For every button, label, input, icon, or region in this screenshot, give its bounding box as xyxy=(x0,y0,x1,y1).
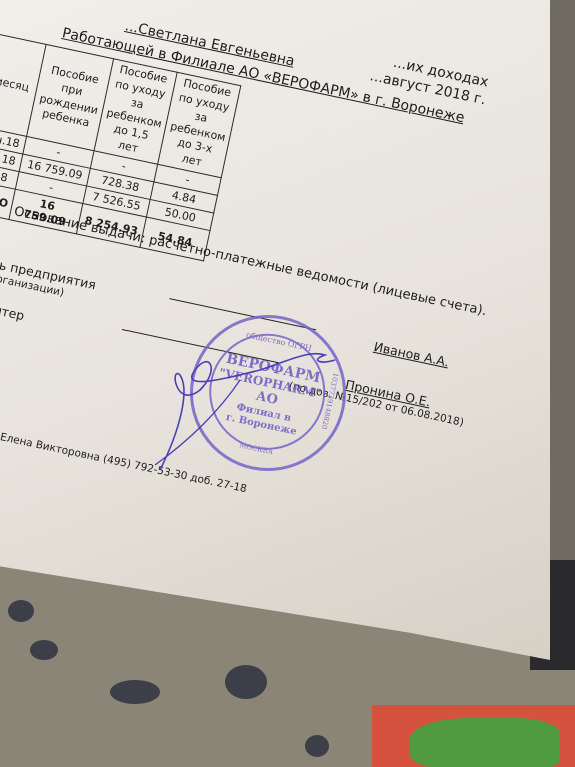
handwritten-signature xyxy=(150,330,350,480)
benefits-certificate: ...их доходах ...август 2018 г. ...Светл… xyxy=(0,0,575,767)
basis-text: Основание выдачи: расчетно-платежные вед… xyxy=(13,204,488,319)
director-name: Иванов А.А. xyxy=(372,339,450,370)
accountant-label: ...ый бухгалтер xyxy=(0,287,26,323)
